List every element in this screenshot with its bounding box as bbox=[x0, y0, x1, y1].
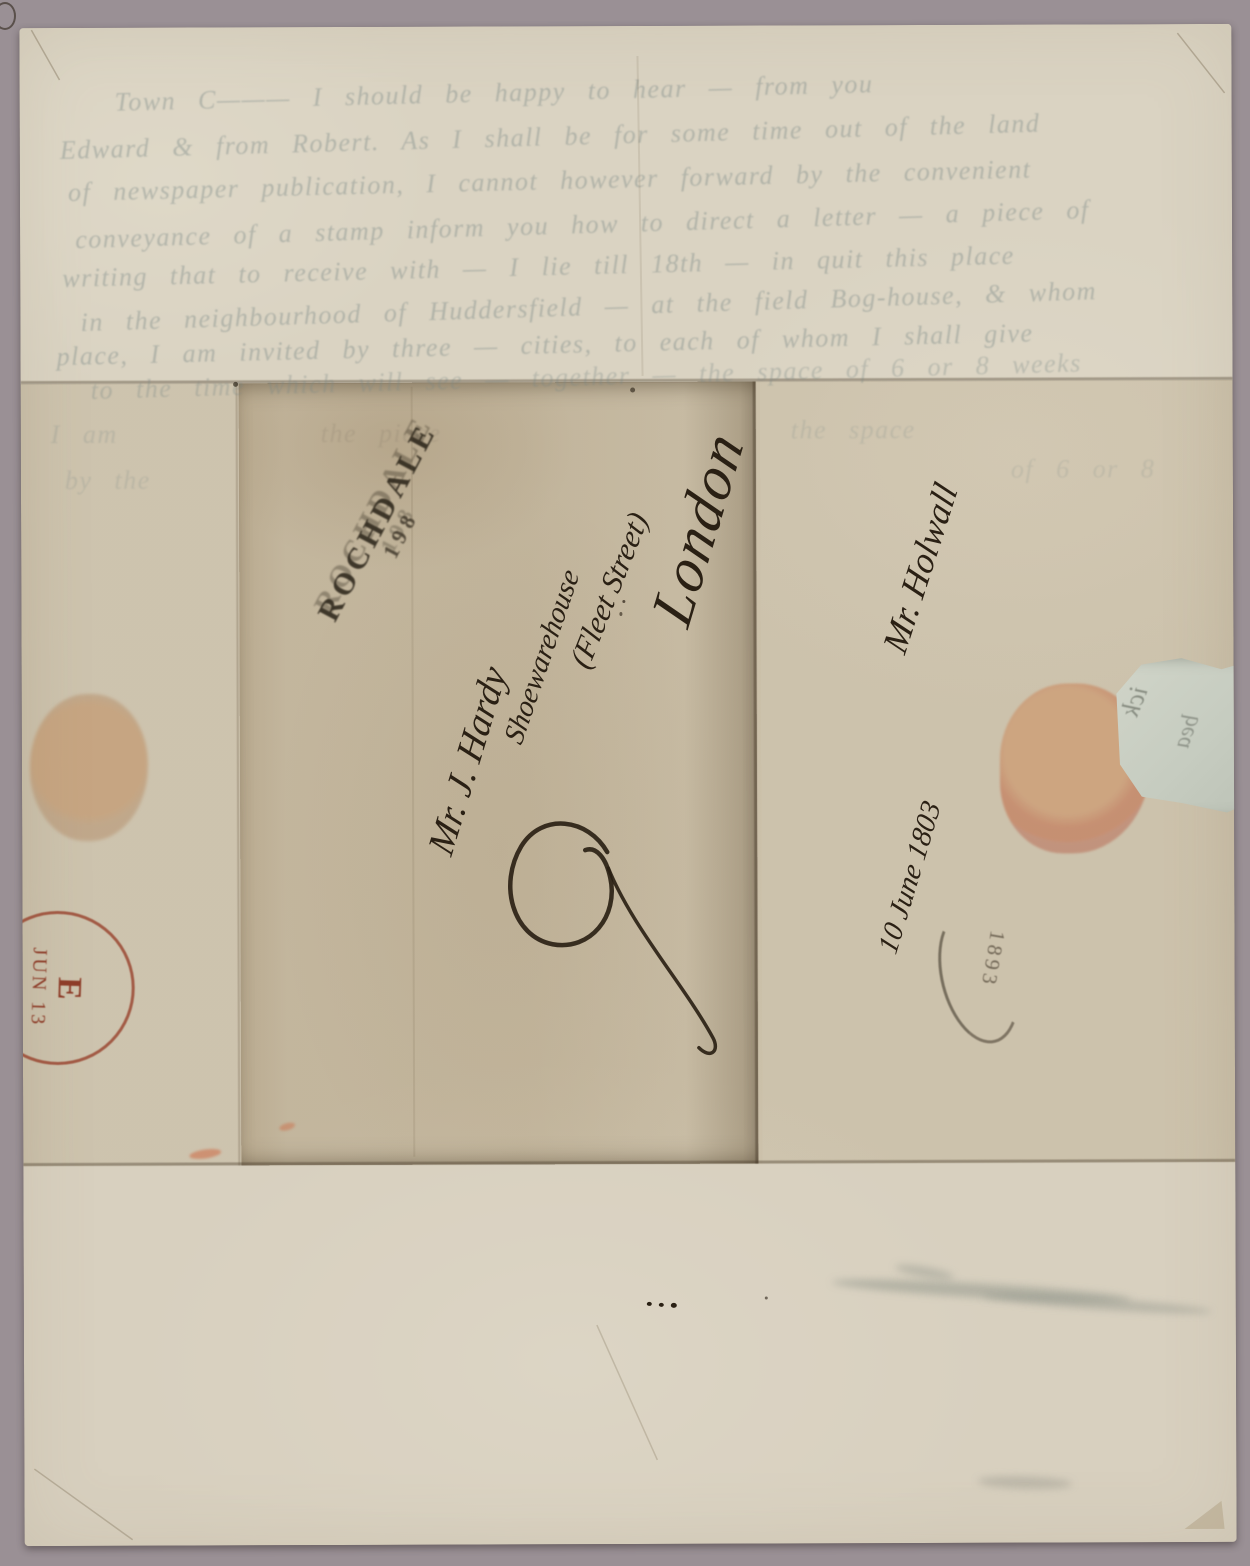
crease-top-band bbox=[637, 56, 642, 376]
edge-arc-mark bbox=[0, 2, 16, 30]
ink-speck bbox=[765, 1297, 768, 1300]
crease-top-right bbox=[1177, 33, 1224, 93]
postmark-index-letter: E bbox=[50, 976, 89, 1000]
crease-bottom-left bbox=[34, 1469, 132, 1540]
crease-bottom-center bbox=[597, 1325, 657, 1460]
fold-speck bbox=[233, 382, 238, 387]
letter-paper: Town C——— I should be happy to hear — fr… bbox=[19, 24, 1236, 1546]
crease-panel bbox=[412, 387, 415, 1157]
ink-dot bbox=[659, 1303, 664, 1307]
fold-speck bbox=[630, 387, 635, 392]
postmark-date: JUN 13 bbox=[26, 947, 51, 1027]
arrival-postmark: E JUN 13 bbox=[19, 911, 135, 1066]
fragment-pen-trace: bea bbox=[1169, 711, 1206, 753]
scanned-letter-sheet: Town C——— I should be happy to hear — fr… bbox=[0, 0, 1250, 1566]
ink-dot bbox=[671, 1303, 677, 1308]
crease-top-left bbox=[31, 30, 59, 80]
arrival-postmark-content: E JUN 13 bbox=[19, 912, 134, 1065]
ink-dot bbox=[647, 1302, 652, 1306]
corner-fold-bottom-right bbox=[1185, 1501, 1225, 1529]
